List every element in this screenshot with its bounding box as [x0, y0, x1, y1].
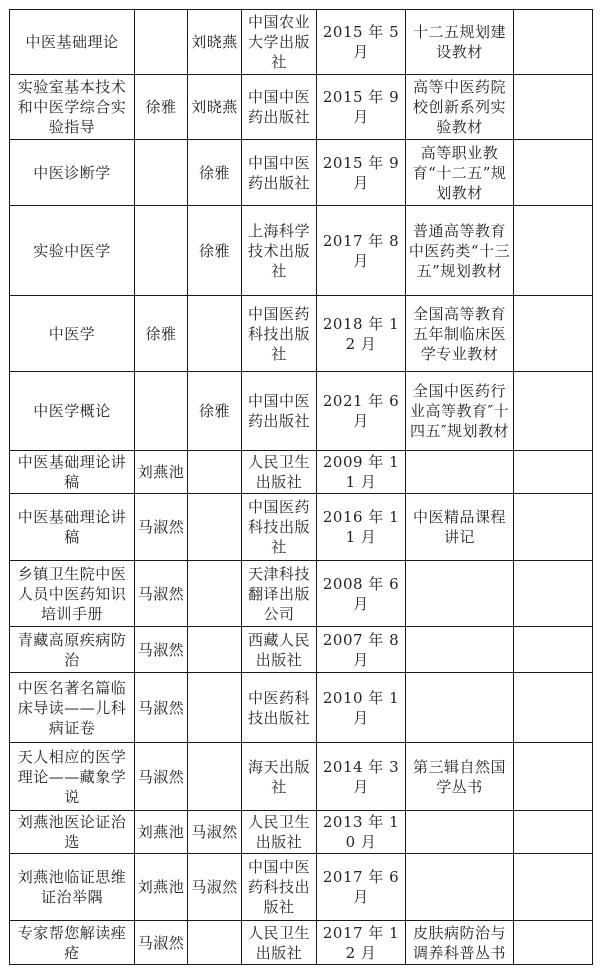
series-note-cell: 全国高等教育五年制临床医学专业教材: [406, 296, 514, 372]
series-note-cell: [406, 561, 514, 627]
deputy-editor-cell: 徐雅: [188, 206, 242, 296]
title-cell: 乡镇卫生院中医人员中医药知识培训手册: [10, 561, 135, 627]
editor-cell: 徐雅: [135, 75, 188, 140]
editor-cell: [135, 140, 188, 206]
title-cell: 中医学概论: [10, 372, 135, 451]
date-cell: 2017 年 6 月: [317, 854, 406, 921]
date-cell: 2007 年 8 月: [317, 627, 406, 673]
publisher-cell: 人民卫生出版社: [242, 811, 317, 854]
editor-cell: [135, 10, 188, 75]
series-note-cell: 皮肤病防治与调养科普丛书: [406, 921, 514, 965]
deputy-editor-cell: [188, 921, 242, 965]
date-cell: 2015 年 9 月: [317, 140, 406, 206]
table-row: 实验中医学 徐雅 上海科学技术出版社 2017 年 8 月 普通高等教育中医药类…: [10, 206, 593, 296]
extra-cell: [514, 673, 593, 743]
publisher-cell: 中国医药科技出版社: [242, 494, 317, 561]
series-note-cell: 高等中医药院校创新系列实验教材: [406, 75, 514, 140]
table-row: 中医学 徐雅 中国医药科技出版社 2018 年 12 月 全国高等教育五年制临床…: [10, 296, 593, 372]
title-cell: 刘燕池医论证治选: [10, 811, 135, 854]
date-cell: 2009 年 11 月: [317, 451, 406, 494]
table-row: 中医基础理论讲稿 马淑然 中国医药科技出版社 2016 年 11 月 中医精品课…: [10, 494, 593, 561]
table-row: 天人相应的医学理论——藏象学说 马淑然 海天出版社 2014 年 3 月 第三辑…: [10, 743, 593, 811]
publisher-cell: 中国中医药出版社: [242, 372, 317, 451]
title-cell: 中医基础理论: [10, 10, 135, 75]
deputy-editor-cell: [188, 494, 242, 561]
editor-cell: 马淑然: [135, 921, 188, 965]
editor-cell: [135, 372, 188, 451]
extra-cell: [514, 494, 593, 561]
date-cell: 2017 年 8 月: [317, 206, 406, 296]
extra-cell: [514, 561, 593, 627]
table-row: 实验室基本技术和中医学综合实验指导 徐雅 刘晓燕 中国中医药出版社 2015 年…: [10, 75, 593, 140]
table-row: 专家帮您解读痤疮 马淑然 人民卫生出版社 2017 年 12 月 皮肤病防治与调…: [10, 921, 593, 965]
series-note-cell: [406, 811, 514, 854]
editor-cell: 刘燕池: [135, 451, 188, 494]
title-cell: 中医基础理论讲稿: [10, 494, 135, 561]
publisher-cell: 上海科学技术出版社: [242, 206, 317, 296]
title-cell: 中医名著名篇临床导读——儿科病证卷: [10, 673, 135, 743]
editor-cell: 马淑然: [135, 673, 188, 743]
editor-cell: 马淑然: [135, 627, 188, 673]
extra-cell: [514, 811, 593, 854]
publisher-cell: 中国中医药出版社: [242, 140, 317, 206]
publisher-cell: 中国中医药科技出版社: [242, 854, 317, 921]
editor-cell: [135, 206, 188, 296]
series-note-cell: [406, 451, 514, 494]
date-cell: 2017 年 12 月: [317, 921, 406, 965]
title-cell: 实验中医学: [10, 206, 135, 296]
publisher-cell: 海天出版社: [242, 743, 317, 811]
deputy-editor-cell: 徐雅: [188, 140, 242, 206]
table-row: 青藏高原疾病防治 马淑然 西藏人民出版社 2007 年 8 月: [10, 627, 593, 673]
table-row: 中医基础理论 刘晓燕 中国农业大学出版社 2015 年 5 月 十二五规划建设教…: [10, 10, 593, 75]
title-cell: 中医学: [10, 296, 135, 372]
deputy-editor-cell: [188, 561, 242, 627]
deputy-editor-cell: 徐雅: [188, 372, 242, 451]
date-cell: 2013 年 10 月: [317, 811, 406, 854]
extra-cell: [514, 75, 593, 140]
deputy-editor-cell: 刘晓燕: [188, 10, 242, 75]
extra-cell: [514, 627, 593, 673]
publisher-cell: 中国农业大学出版社: [242, 10, 317, 75]
extra-cell: [514, 206, 593, 296]
table-row: 中医名著名篇临床导读——儿科病证卷 马淑然 中医药科技出版社 2010 年 1 …: [10, 673, 593, 743]
table-row: 中医基础理论讲稿 刘燕池 人民卫生出版社 2009 年 11 月: [10, 451, 593, 494]
publisher-cell: 中国中医药出版社: [242, 75, 317, 140]
series-note-cell: 十二五规划建设教材: [406, 10, 514, 75]
date-cell: 2021 年 6 月: [317, 372, 406, 451]
deputy-editor-cell: 刘晓燕: [188, 75, 242, 140]
date-cell: 2015 年 5 月: [317, 10, 406, 75]
deputy-editor-cell: [188, 296, 242, 372]
date-cell: 2018 年 12 月: [317, 296, 406, 372]
publisher-cell: 天津科技翻译出版公司: [242, 561, 317, 627]
extra-cell: [514, 451, 593, 494]
date-cell: 2016 年 11 月: [317, 494, 406, 561]
publisher-cell: 中医药科技出版社: [242, 673, 317, 743]
deputy-editor-cell: [188, 627, 242, 673]
editor-cell: 马淑然: [135, 743, 188, 811]
publisher-cell: 西藏人民出版社: [242, 627, 317, 673]
table-row: 中医学概论 徐雅 中国中医药出版社 2021 年 6 月 全国中医药行业高等教育…: [10, 372, 593, 451]
deputy-editor-cell: [188, 451, 242, 494]
publisher-cell: 人民卫生出版社: [242, 921, 317, 965]
title-cell: 中医诊断学: [10, 140, 135, 206]
date-cell: 2015 年 9 月: [317, 75, 406, 140]
extra-cell: [514, 743, 593, 811]
editor-cell: 刘燕池: [135, 811, 188, 854]
series-note-cell: 第三辑自然国学丛书: [406, 743, 514, 811]
table-row: 中医诊断学 徐雅 中国中医药出版社 2015 年 9 月 高等职业教育“十二五”…: [10, 140, 593, 206]
publisher-cell: 人民卫生出版社: [242, 451, 317, 494]
extra-cell: [514, 854, 593, 921]
date-cell: 2010 年 1 月: [317, 673, 406, 743]
date-cell: 2014 年 3 月: [317, 743, 406, 811]
date-cell: 2008 年 6 月: [317, 561, 406, 627]
series-note-cell: [406, 627, 514, 673]
extra-cell: [514, 140, 593, 206]
title-cell: 实验室基本技术和中医学综合实验指导: [10, 75, 135, 140]
table-row: 刘燕池临证思维证治举隅 刘燕池 马淑然 中国中医药科技出版社 2017 年 6 …: [10, 854, 593, 921]
editor-cell: 刘燕池: [135, 854, 188, 921]
title-cell: 专家帮您解读痤疮: [10, 921, 135, 965]
title-cell: 天人相应的医学理论——藏象学说: [10, 743, 135, 811]
series-note-cell: 全国中医药行业高等教育″十四五″规划教材: [406, 372, 514, 451]
title-cell: 青藏高原疾病防治: [10, 627, 135, 673]
publisher-cell: 中国医药科技出版社: [242, 296, 317, 372]
title-cell: 中医基础理论讲稿: [10, 451, 135, 494]
series-note-cell: [406, 854, 514, 921]
editor-cell: 马淑然: [135, 561, 188, 627]
series-note-cell: 中医精品课程讲记: [406, 494, 514, 561]
extra-cell: [514, 10, 593, 75]
editor-cell: 马淑然: [135, 494, 188, 561]
series-note-cell: 普通高等教育中医药类“十三五”规划教材: [406, 206, 514, 296]
deputy-editor-cell: [188, 673, 242, 743]
extra-cell: [514, 372, 593, 451]
series-note-cell: 高等职业教育“十二五”规划教材: [406, 140, 514, 206]
deputy-editor-cell: 马淑然: [188, 811, 242, 854]
editor-cell: 徐雅: [135, 296, 188, 372]
title-cell: 刘燕池临证思维证治举隅: [10, 854, 135, 921]
series-note-cell: [406, 673, 514, 743]
table-row: 乡镇卫生院中医人员中医药知识培训手册 马淑然 天津科技翻译出版公司 2008 年…: [10, 561, 593, 627]
deputy-editor-cell: [188, 743, 242, 811]
publications-table: 中医基础理论 刘晓燕 中国农业大学出版社 2015 年 5 月 十二五规划建设教…: [9, 9, 593, 965]
table-row: 刘燕池医论证治选 刘燕池 马淑然 人民卫生出版社 2013 年 10 月: [10, 811, 593, 854]
extra-cell: [514, 296, 593, 372]
extra-cell: [514, 921, 593, 965]
deputy-editor-cell: 马淑然: [188, 854, 242, 921]
